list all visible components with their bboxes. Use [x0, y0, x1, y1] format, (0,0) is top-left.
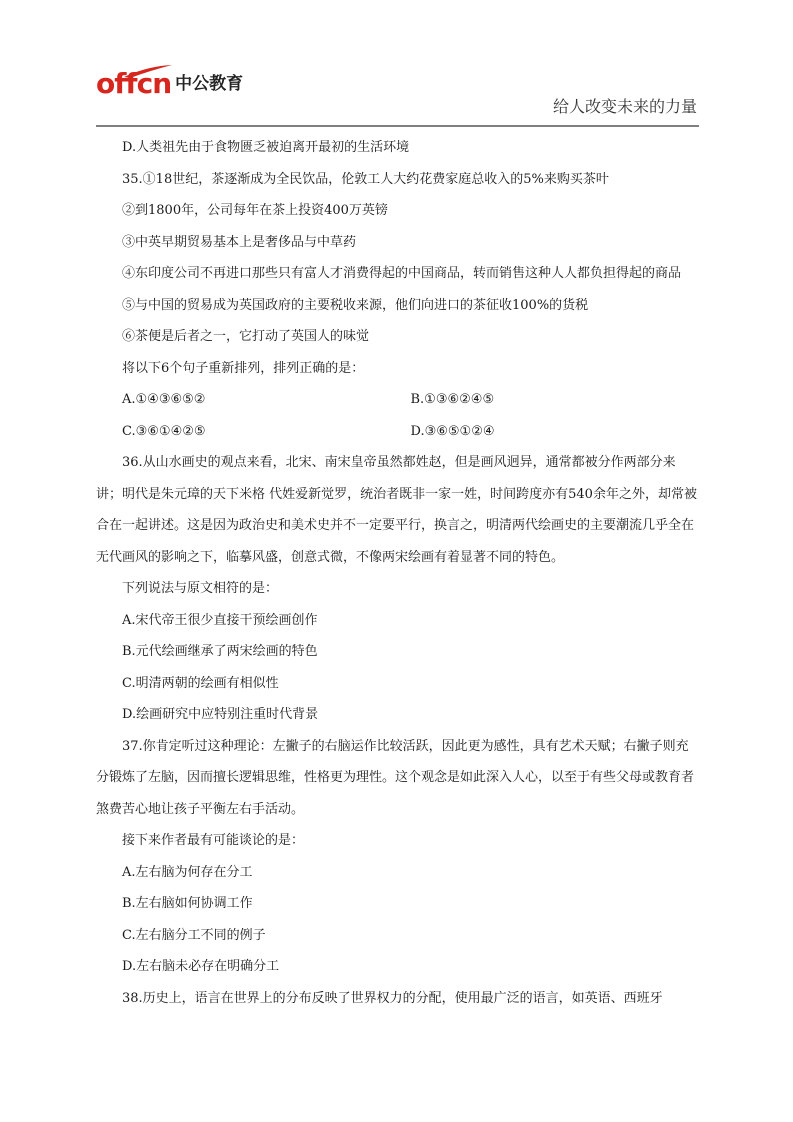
offcn-logo: offcn 中公教育 [96, 62, 243, 98]
q36-option-c: C.明清两朝的绘画有相似性 [96, 668, 699, 700]
q37-prompt: 接下来作者最有可能谈论的是： [96, 825, 699, 857]
q35-prompt: 将以下6个句子重新排列，排列正确的是： [96, 353, 699, 385]
logo-wordmark: offcn [96, 70, 171, 98]
q35-sentence-1: 35.①18世纪，茶逐渐成为全民饮品，伦敦工人大约花费家庭总收入的5%来购买茶叶 [96, 164, 699, 196]
q36-option-a: A.宋代帝王很少直接干预绘画创作 [96, 605, 699, 637]
q34-option-d: D.人类祖先由于食物匮乏被迫离开最初的生活环境 [96, 132, 699, 164]
header-divider [96, 125, 699, 127]
slogan: 给人改变未来的力量 [553, 94, 697, 117]
logo-swoosh-icon [122, 64, 174, 78]
page-header: offcn 中公教育 给人改变未来的力量 [0, 0, 793, 130]
q36-passage: 36.从山水画史的观点来看，北宋、南宋皇帝虽然都姓赵，但是画风迥异，通常都被分作… [96, 447, 699, 573]
q37-option-a: A.左右脑为何存在分工 [96, 857, 699, 889]
q37-option-b: B.左右脑如何协调工作 [96, 888, 699, 920]
q36-prompt: 下列说法与原文相符的是： [96, 573, 699, 605]
q37-passage: 37.你肯定听过这种理论：左撇子的右脑运作比较活跃，因此更为感性，具有艺术天赋；… [96, 731, 699, 826]
document-body: D.人类祖先由于食物匮乏被迫离开最初的生活环境 35.①18世纪，茶逐渐成为全民… [96, 132, 699, 1014]
q35-sentence-2: ②到1800年，公司每年在茶上投资400万英镑 [96, 195, 699, 227]
q35-option-a: A.①④③⑥⑤② [122, 384, 411, 416]
q37-option-d: D.左右脑未必存在明确分工 [96, 951, 699, 983]
q37-option-c: C.左右脑分工不同的例子 [96, 920, 699, 952]
q35-sentence-5: ⑤与中国的贸易成为英国政府的主要税收来源，他们向进口的茶征收100%的货税 [96, 290, 699, 322]
q35-options-row-1: A.①④③⑥⑤② B.①③⑥②④⑤ [96, 384, 699, 416]
q36-option-d: D.绘画研究中应特别注重时代背景 [96, 699, 699, 731]
q35-sentence-6: ⑥茶便是后者之一，它打动了英国人的味觉 [96, 321, 699, 353]
q35-sentence-3: ③中英早期贸易基本上是奢侈品与中草药 [96, 227, 699, 259]
q35-options-row-2: C.③⑥①④②⑤ D.③⑥⑤①②④ [96, 416, 699, 448]
q38-passage: 38.历史上，语言在世界上的分布反映了世界权力的分配，使用最广泛的语言，如英语、… [96, 983, 699, 1015]
logo-chinese-name: 中公教育 [175, 72, 243, 98]
q35-option-b: B.①③⑥②④⑤ [411, 384, 700, 416]
q35-option-d: D.③⑥⑤①②④ [411, 416, 700, 448]
q35-option-c: C.③⑥①④②⑤ [122, 416, 411, 448]
q35-sentence-4: ④东印度公司不再进口那些只有富人才消费得起的中国商品，转而销售这种人人都负担得起… [96, 258, 699, 290]
q36-option-b: B.元代绘画继承了两宋绘画的特色 [96, 636, 699, 668]
